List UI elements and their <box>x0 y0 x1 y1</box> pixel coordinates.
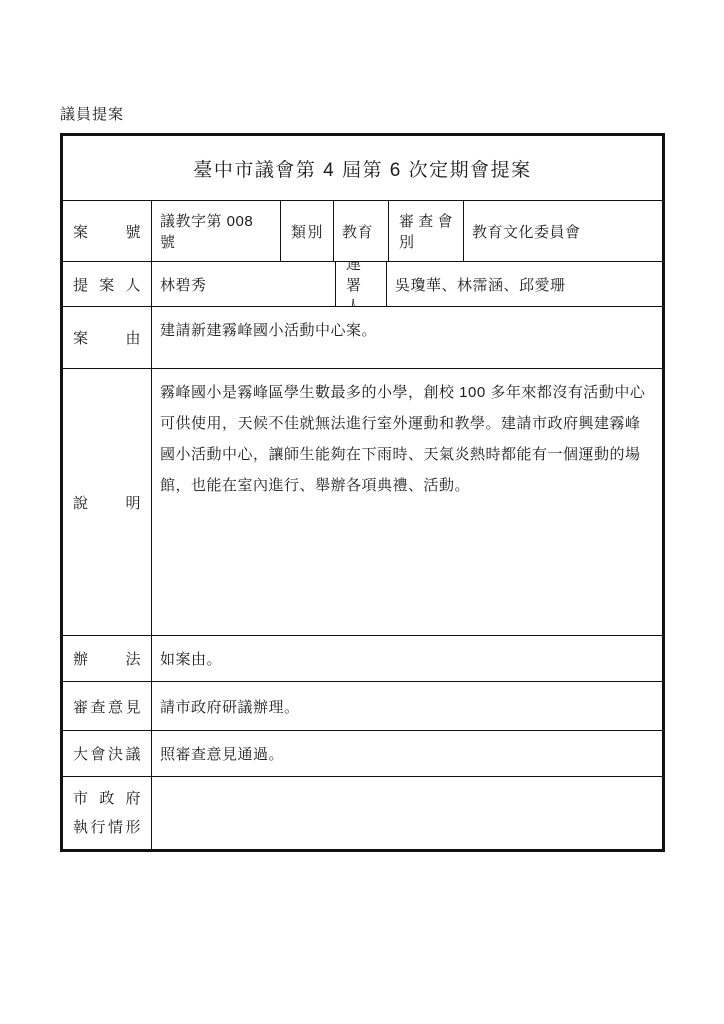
subject-value: 建請新建霧峰國小活動中心案。 <box>151 307 662 368</box>
review-opinion-row: 審查意見 請市政府研議辦理。 <box>63 681 662 730</box>
proposal-form-table: 臺中市議會第 4 屆第 6 次定期會提案 案號 議教字第 008 號 類別 教育… <box>60 133 665 852</box>
assembly-resolution-label-cell: 大會決議 <box>63 731 151 776</box>
cosigners-value: 吳瓊華、林霈涵、邱愛珊 <box>386 262 662 306</box>
case-number-value: 議教字第 008 號 <box>151 201 280 261</box>
review-committee-value: 教育文化委員會 <box>463 201 662 261</box>
execution-status-label-cell: 市政府 執行情形 <box>63 777 151 849</box>
category-label-cell: 類別 <box>280 201 333 261</box>
case-number-label-cell: 案號 <box>63 201 151 261</box>
execution-status-label-line2: 執行情形 <box>73 816 141 837</box>
assembly-resolution-label: 大會決議 <box>73 743 141 764</box>
execution-status-label-line1: 市政府 <box>73 787 141 808</box>
review-opinion-label-cell: 審查意見 <box>63 682 151 730</box>
subject-row: 案由 建請新建霧峰國小活動中心案。 <box>63 306 662 368</box>
review-opinion-value: 請市政府研議辦理。 <box>151 682 662 730</box>
explanation-label: 說明 <box>73 492 141 513</box>
cosigners-label: 連署人 <box>346 262 376 306</box>
review-opinion-label: 審查意見 <box>73 696 141 717</box>
case-number-row: 案號 議教字第 008 號 類別 教育 審查會別 教育文化委員會 <box>63 200 662 261</box>
proposer-row: 提案人 林碧秀 連署人 吳瓊華、林霈涵、邱愛珊 <box>63 261 662 306</box>
review-committee-label: 審查會別 <box>399 210 453 252</box>
subject-label: 案由 <box>73 327 141 348</box>
form-title: 臺中市議會第 4 屆第 6 次定期會提案 <box>63 155 662 182</box>
explanation-row: 說明 霧峰國小是霧峰區學生數最多的小學，創校 100 多年來都沒有活動中心可供使… <box>63 368 662 635</box>
proposer-label: 提案人 <box>73 274 141 295</box>
explanation-label-cell: 說明 <box>63 369 151 635</box>
document-type-label: 議員提案 <box>60 103 124 124</box>
explanation-value: 霧峰國小是霧峰區學生數最多的小學，創校 100 多年來都沒有活動中心可供使用，天… <box>151 369 662 635</box>
review-committee-label-cell: 審查會別 <box>388 201 463 261</box>
category-label: 類別 <box>291 221 323 242</box>
subject-label-cell: 案由 <box>63 307 151 368</box>
case-number-label: 案號 <box>73 221 141 242</box>
execution-status-row: 市政府 執行情形 <box>63 776 662 849</box>
proposer-label-cell: 提案人 <box>63 262 151 306</box>
assembly-resolution-value: 照審查意見通過。 <box>151 731 662 776</box>
cosigners-label-cell: 連署人 <box>335 262 386 306</box>
category-value: 教育 <box>333 201 388 261</box>
proposer-value: 林碧秀 <box>151 262 335 306</box>
form-title-row: 臺中市議會第 4 屆第 6 次定期會提案 <box>63 136 662 200</box>
method-label: 辦法 <box>73 648 141 669</box>
execution-status-value <box>151 777 662 849</box>
method-value: 如案由。 <box>151 636 662 681</box>
method-row: 辦法 如案由。 <box>63 635 662 681</box>
method-label-cell: 辦法 <box>63 636 151 681</box>
assembly-resolution-row: 大會決議 照審查意見通過。 <box>63 730 662 776</box>
